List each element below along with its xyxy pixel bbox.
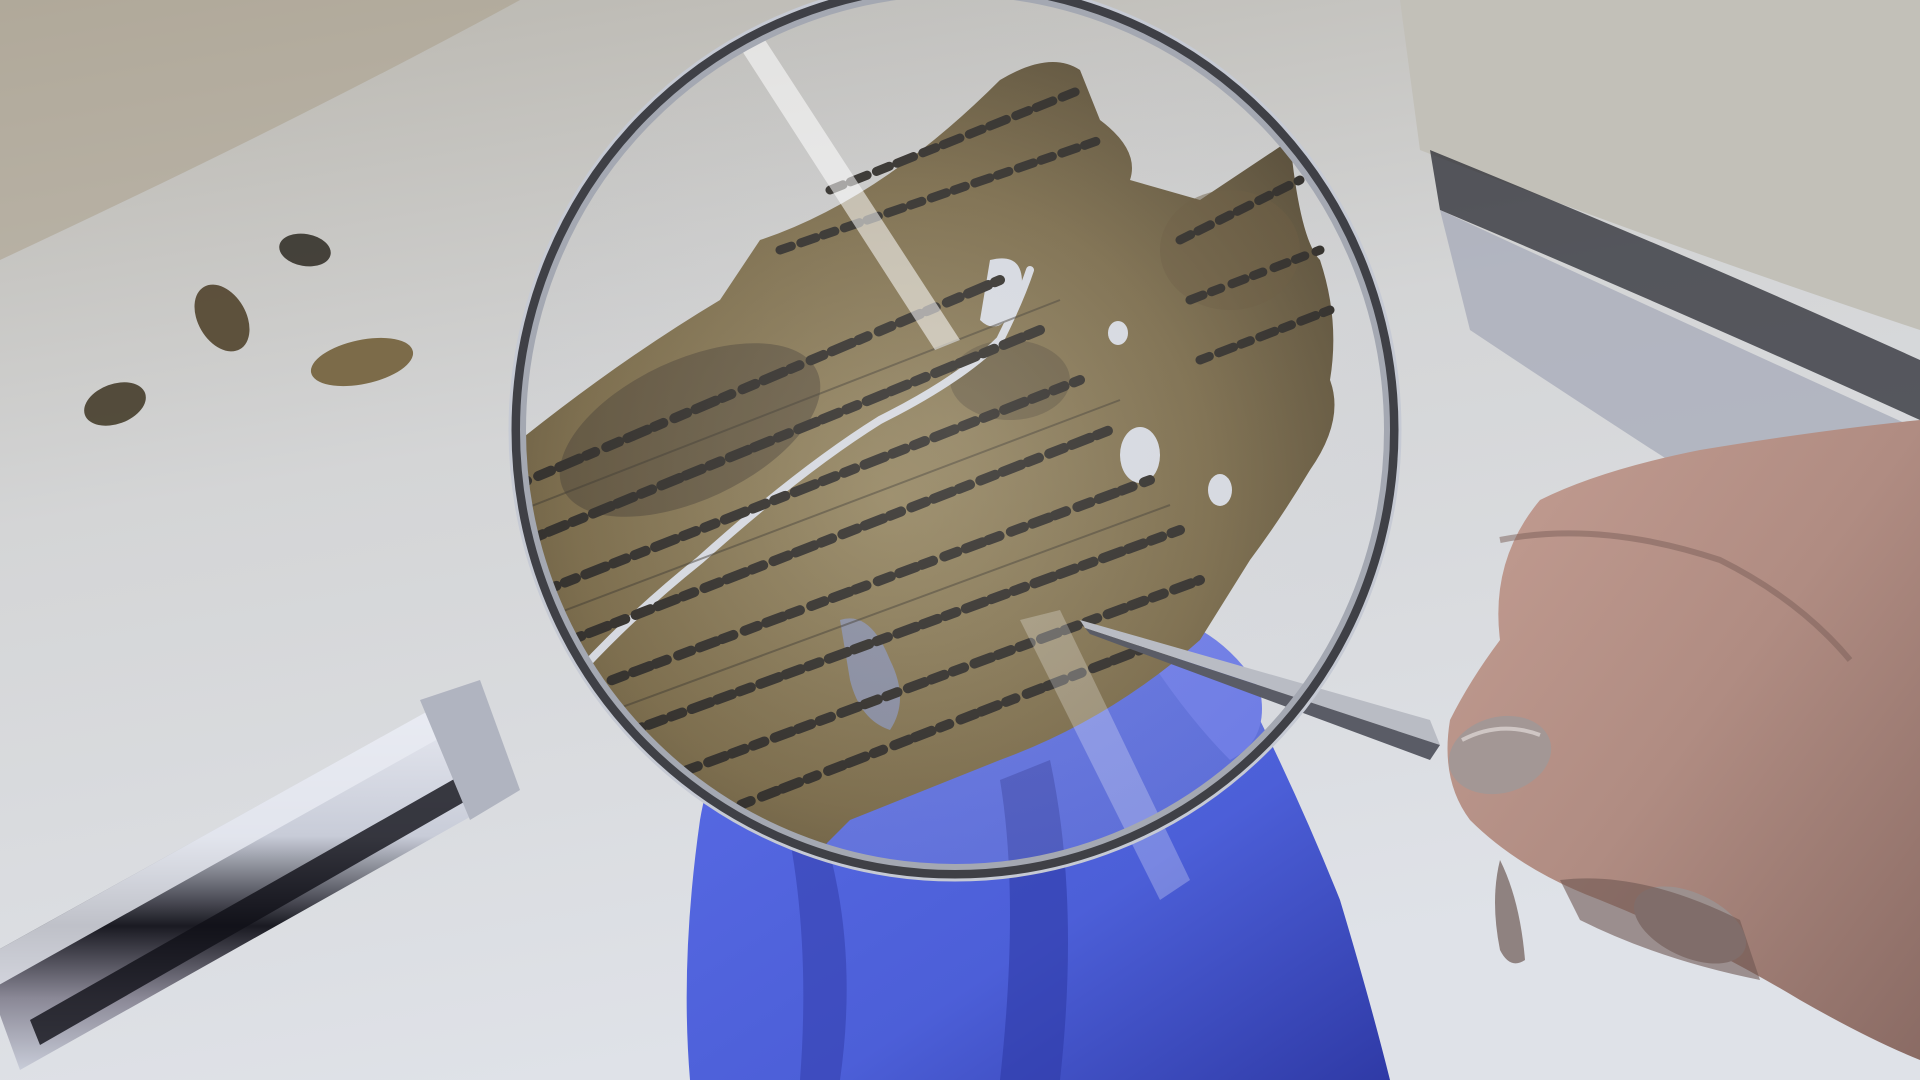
photo-scene bbox=[0, 0, 1920, 1080]
photo-illustration bbox=[0, 0, 1920, 1080]
